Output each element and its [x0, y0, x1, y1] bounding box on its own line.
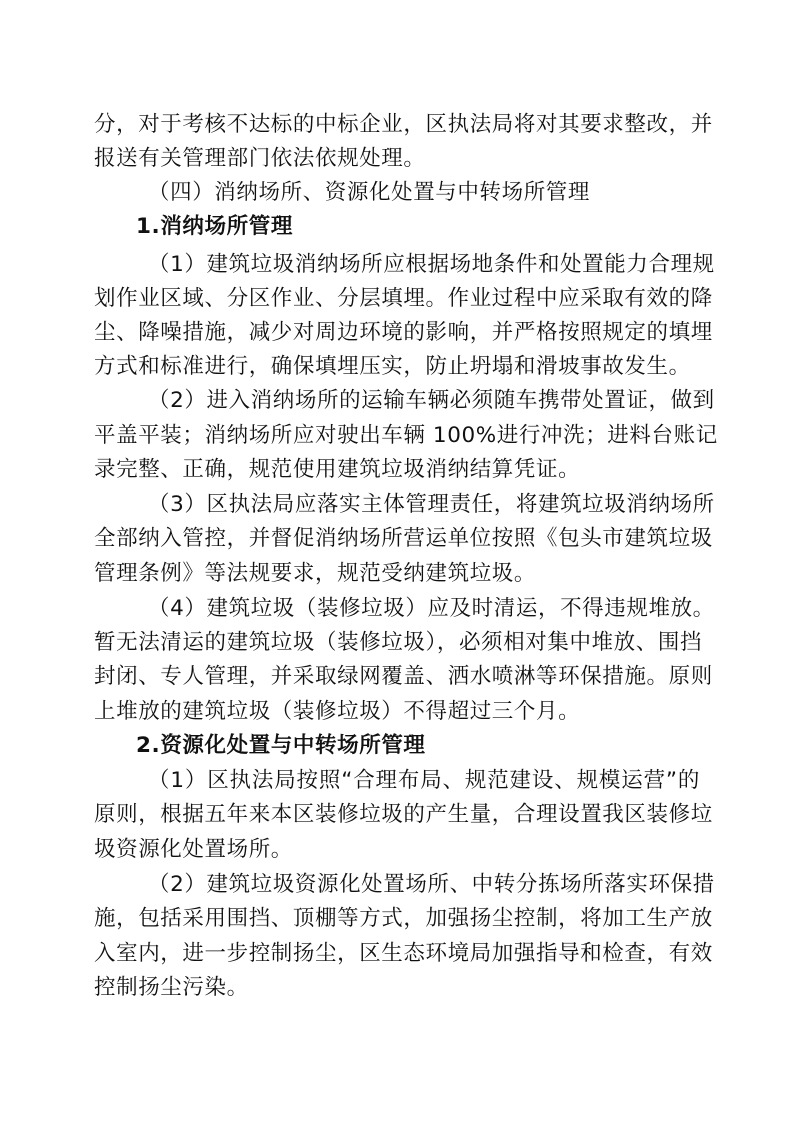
paragraph-line: 控制扬尘污染。 — [94, 973, 700, 1003]
subsection-heading: 1.消纳场所管理 — [136, 212, 696, 242]
paragraph-line: 尘、降噪措施，减少对周边环境的影响，并严格按照规定的填埋 — [94, 318, 700, 348]
section-heading: （四）消纳场所、资源化处置与中转场所管理 — [148, 178, 708, 208]
paragraph-line: 入室内，进一步控制扬尘，区生态环境局加强指导和检查，有效 — [94, 939, 700, 969]
paragraph-line: 封闭、专人管理，并采取绿网覆盖、洒水喷淋等环保措施。原则 — [94, 662, 700, 692]
paragraph-line: （4）建筑垃圾（装修垃圾）应及时清运，不得违规堆放。 — [148, 594, 700, 624]
subsection-heading: 2.资源化处置与中转场所管理 — [136, 731, 696, 761]
paragraph-line: （3）区执法局应落实主体管理责任，将建筑垃圾消纳场所 — [148, 490, 700, 520]
paragraph-line: 管理条例》等法规要求，规范受纳建筑垃圾。 — [94, 559, 700, 589]
document-page: 分，对于考核不达标的中标企业，区执法局将对其要求整改，并 报送有关管理部门依法依… — [0, 0, 793, 1122]
paragraph-line: 划作业区域、分区作业、分层填埋。作业过程中应采取有效的降 — [94, 284, 700, 314]
paragraph-line: （2）建筑垃圾资源化处置场所、中转分拣场所落实环保措 — [148, 870, 700, 900]
paragraph-line: 分，对于考核不达标的中标企业，区执法局将对其要求整改，并 — [94, 110, 700, 140]
paragraph-line: 全部纳入管控，并督促消纳场所营运单位按照《包头市建筑垃圾 — [94, 524, 700, 554]
paragraph-line: 报送有关管理部门依法依规处理。 — [94, 144, 700, 174]
paragraph-line: 施，包括采用围挡、顶棚等方式，加强扬尘控制，将加工生产放 — [94, 904, 700, 934]
paragraph-line: 方式和标准进行，确保填埋压实，防止坍塌和滑坡事故发生。 — [94, 352, 700, 382]
paragraph-line: 录完整、正确，规范使用建筑垃圾消纳结算凭证。 — [94, 455, 700, 485]
paragraph-line: 暂无法清运的建筑垃圾（装修垃圾），必须相对集中堆放、围挡 — [94, 628, 700, 658]
paragraph-line: 上堆放的建筑垃圾（装修垃圾）不得超过三个月。 — [94, 697, 700, 727]
paragraph-line: （1）建筑垃圾消纳场所应根据场地条件和处置能力合理规 — [148, 250, 700, 280]
paragraph-line: （2）进入消纳场所的运输车辆必须随车携带处置证，做到 — [148, 386, 700, 416]
paragraph-line: （1）区执法局按照“合理布局、规范建设、规模运营”的 — [148, 766, 700, 796]
paragraph-line: 平盖平装；消纳场所应对驶出车辆 100%进行冲洗；进料台账记 — [94, 421, 700, 451]
paragraph-line: 原则，根据五年来本区装修垃圾的产生量，合理设置我区装修垃 — [94, 800, 700, 830]
paragraph-line: 圾资源化处置场所。 — [94, 835, 700, 865]
